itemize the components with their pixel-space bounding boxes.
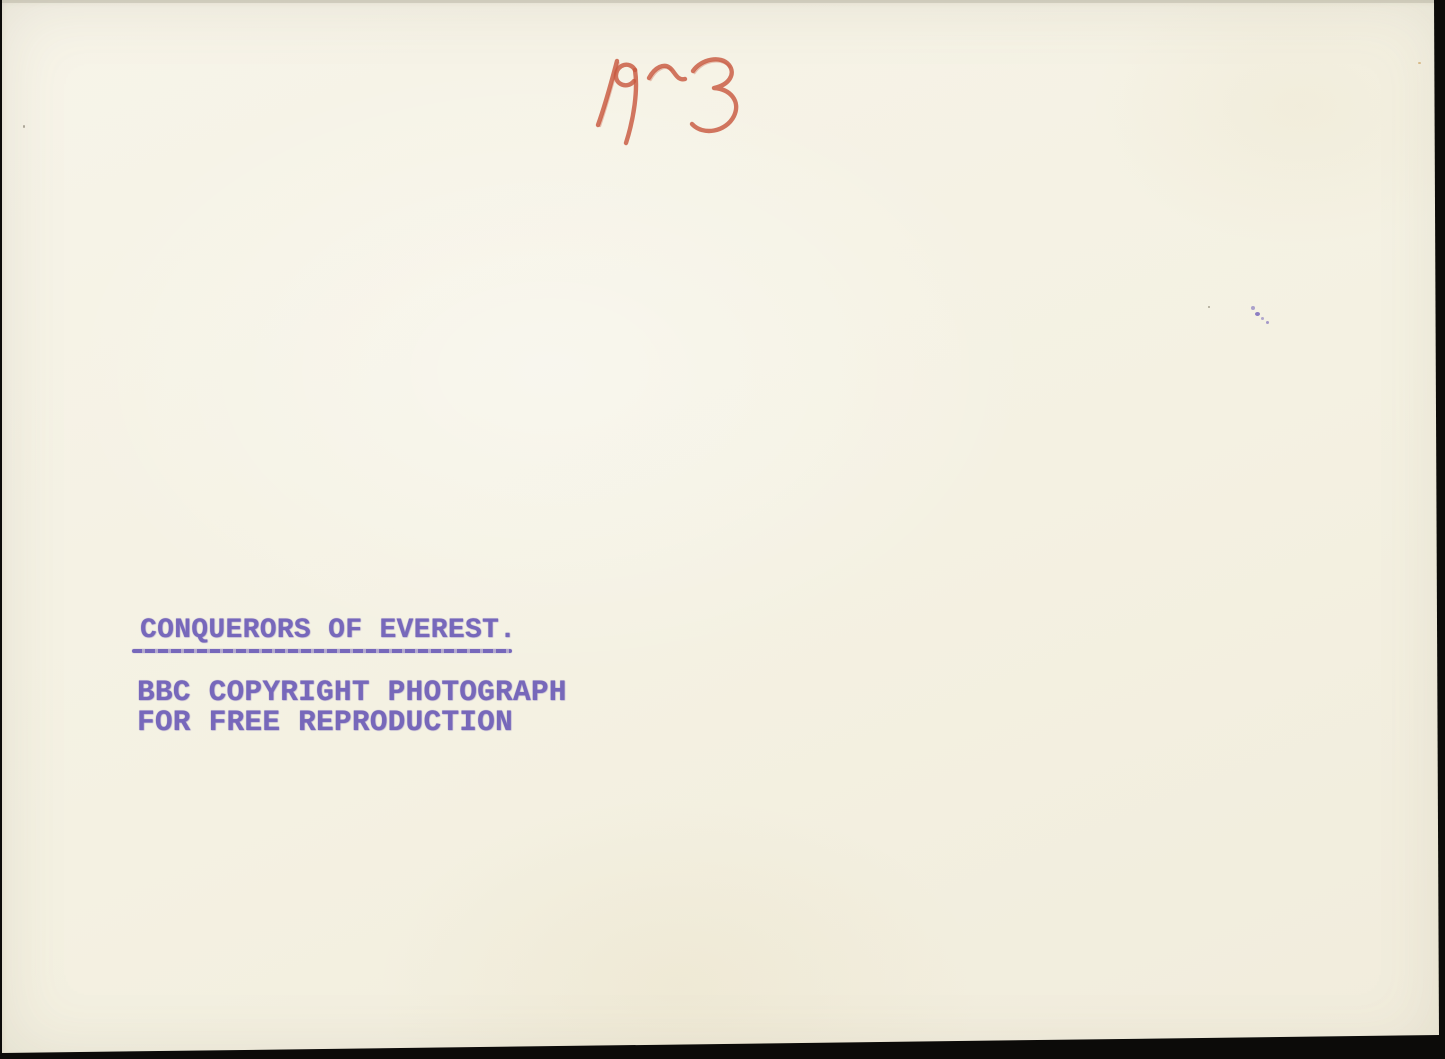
title-underline <box>132 649 512 653</box>
ink-speck <box>1266 321 1269 324</box>
digit-1-stroke <box>598 61 617 125</box>
ink-speck <box>1255 312 1260 316</box>
handwritten-year-drawing <box>560 40 780 160</box>
paper-fleck <box>1418 62 1421 64</box>
year-stroke-texture <box>600 61 730 126</box>
dust-speck <box>23 125 25 128</box>
title-stamp: CONQUERORS OF EVEREST. <box>140 616 516 646</box>
copyright-stamp-line1: BBC COPYRIGHT PHOTOGRAPH <box>137 677 567 707</box>
handwritten-year-text: 1953 <box>560 160 561 161</box>
photo-scan: 1953 CONQUERORS OF EVEREST. BBC COPYRIGH… <box>0 0 1445 1059</box>
ink-speck <box>1251 306 1255 310</box>
dust-speck <box>1208 306 1210 308</box>
copyright-stamp: BBC COPYRIGHT PHOTOGRAPH FOR FREE REPROD… <box>137 677 567 737</box>
ink-speck <box>1261 317 1264 320</box>
title-stamp-text: CONQUERORS OF EVEREST. <box>140 615 516 646</box>
handwritten-year: 1953 <box>560 40 780 160</box>
digit-3-stroke <box>692 59 736 131</box>
year-strokes <box>598 59 736 143</box>
copyright-stamp-line2: FOR FREE REPRODUCTION <box>137 707 567 737</box>
digit-9-tail <box>626 70 636 143</box>
photo-back-card: 1953 CONQUERORS OF EVEREST. BBC COPYRIGH… <box>0 0 1445 1059</box>
digit-9-bowl <box>616 65 635 86</box>
